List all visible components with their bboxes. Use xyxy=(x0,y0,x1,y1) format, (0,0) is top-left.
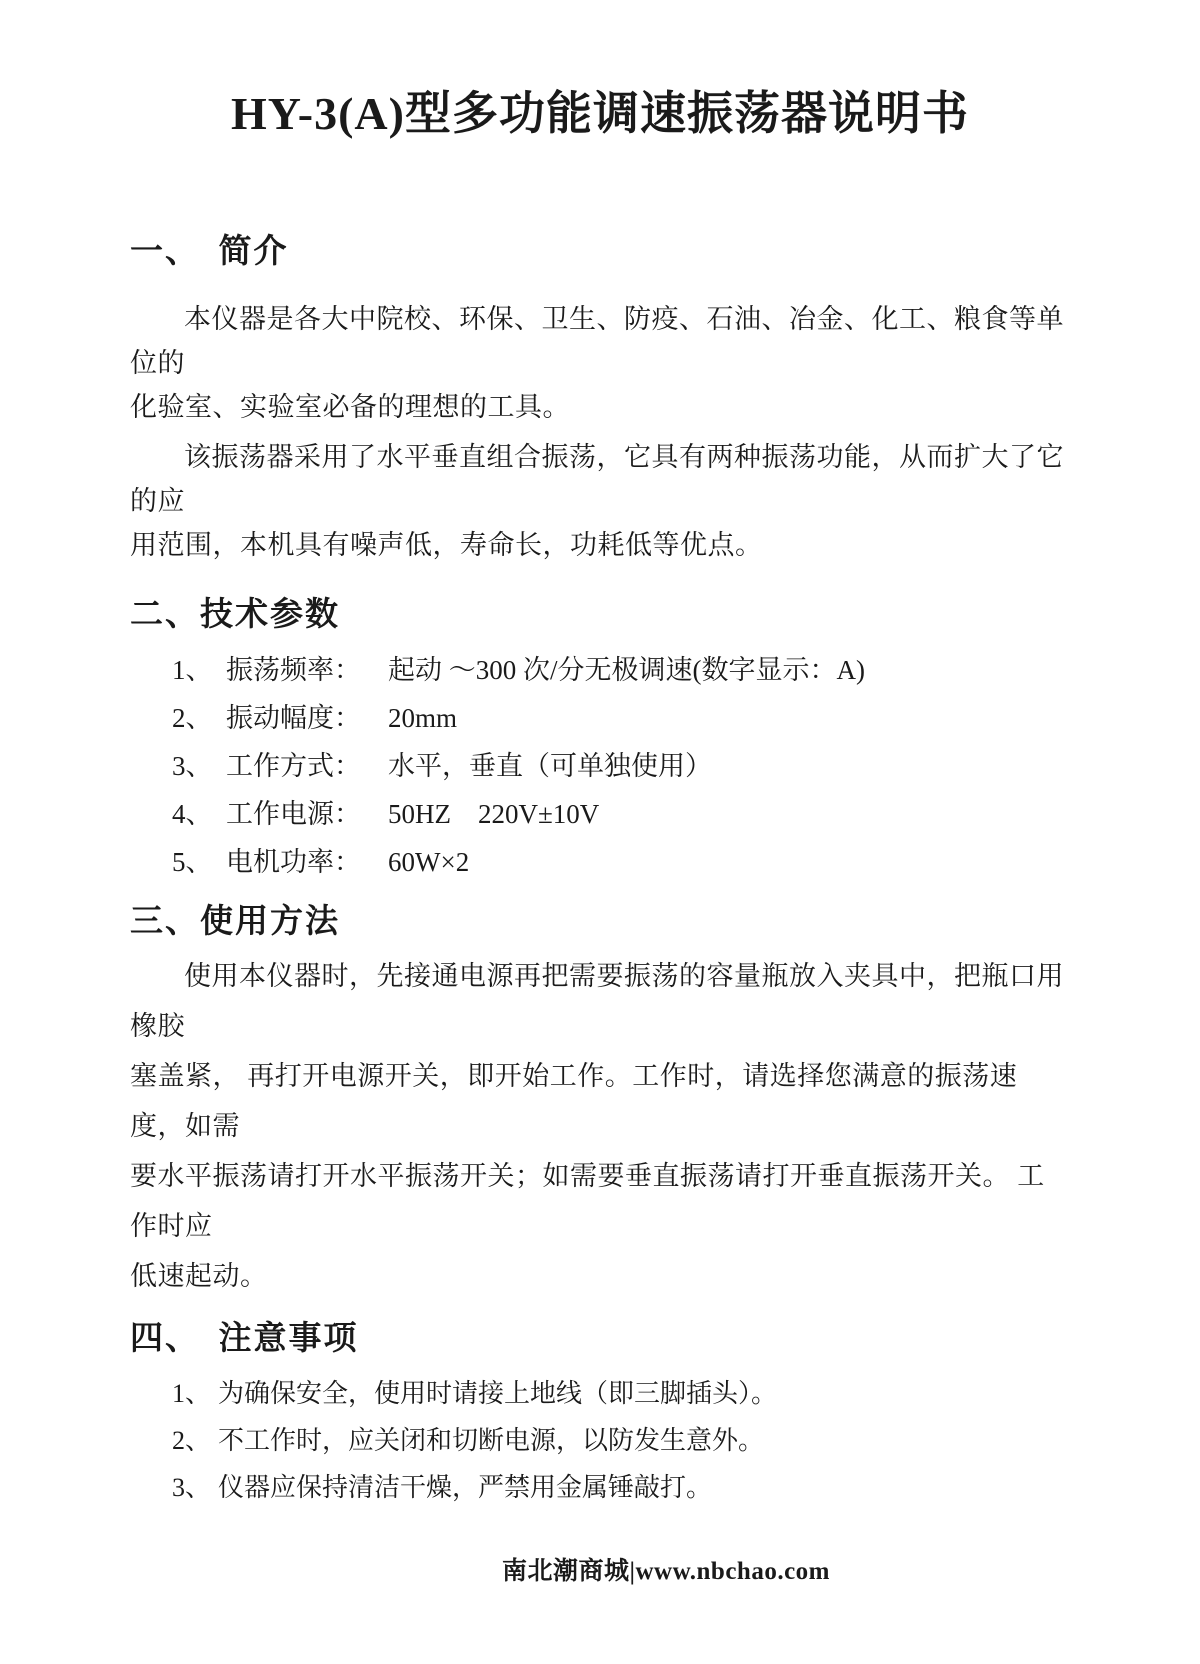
spec-item-number: 2、 xyxy=(172,694,226,742)
spec-item-number: 3、 xyxy=(172,742,226,790)
spec-item-label: 工作方式： xyxy=(226,742,388,790)
note-item: 2、 不工作时，应关闭和切断电源，以防发生意外。 xyxy=(130,1417,1070,1464)
footer-watermark: 南北潮商城|www.nbchao.com xyxy=(196,1555,1136,1588)
note-item-number: 1、 xyxy=(172,1370,218,1417)
paragraph-line: 要水平振荡请打开水平振荡开关；如需要垂直振荡请打开垂直振荡开关。 工作时应 xyxy=(130,1151,1070,1251)
section-specs-heading: 二、技术参数 xyxy=(130,593,1070,634)
note-item-text: 为确保安全，使用时请接上地线（即三脚插头）。 xyxy=(218,1370,1070,1417)
document-title: HY-3(A)型多功能调速振荡器说明书 xyxy=(130,84,1070,144)
section-notes: 四、 注意事项 1、 为确保安全，使用时请接上地线（即三脚插头）。 2、 不工作… xyxy=(130,1317,1070,1511)
section-usage-heading: 三、使用方法 xyxy=(130,900,1070,941)
section-specs: 二、技术参数 1、 振荡频率： 起动 ～300 次/分无极调速(数字显示：A) … xyxy=(130,593,1070,886)
note-item-number: 3、 xyxy=(172,1464,218,1511)
note-item-text: 仪器应保持清洁干燥，严禁用金属锤敲打。 xyxy=(218,1464,1070,1511)
note-list: 1、 为确保安全，使用时请接上地线（即三脚插头）。 2、 不工作时，应关闭和切断… xyxy=(130,1370,1070,1511)
paragraph-line: 用范围，本机具有噪声低，寿命长，功耗低等优点。 xyxy=(130,523,1070,567)
section-notes-heading: 四、 注意事项 xyxy=(130,1317,1070,1358)
spec-item: 3、 工作方式： 水平，垂直（可单独使用） xyxy=(130,742,1070,790)
paragraph-line: 本仪器是各大中院校、环保、卫生、防疫、石油、冶金、化工、粮食等单位的 xyxy=(130,297,1070,385)
spec-item: 5、 电机功率： 60W×2 xyxy=(130,838,1070,886)
spec-item-value: 60W×2 xyxy=(388,838,1070,886)
section-intro: 一、 简介 本仪器是各大中院校、环保、卫生、防疫、石油、冶金、化工、粮食等单位的… xyxy=(130,230,1070,567)
spec-item-number: 4、 xyxy=(172,790,226,838)
intro-paragraph-2: 该振荡器采用了水平垂直组合振荡，它具有两种振荡功能，从而扩大了它的应 用范围，本… xyxy=(130,435,1070,567)
section-intro-heading: 一、 简介 xyxy=(130,230,1070,271)
note-item-number: 2、 xyxy=(172,1417,218,1464)
spec-item-value: 20mm xyxy=(388,694,1070,742)
section-usage: 三、使用方法 使用本仪器时，先接通电源再把需要振荡的容量瓶放入夹具中，把瓶口用橡… xyxy=(130,900,1070,1301)
spec-item-value: 起动 ～300 次/分无极调速(数字显示：A) xyxy=(388,646,1070,694)
spec-item-label: 电机功率： xyxy=(226,838,388,886)
intro-paragraph-1: 本仪器是各大中院校、环保、卫生、防疫、石油、冶金、化工、粮食等单位的 化验室、实… xyxy=(130,297,1070,429)
paragraph-line: 化验室、实验室必备的理想的工具。 xyxy=(130,385,1070,429)
spec-item-number: 1、 xyxy=(172,646,226,694)
document-page: HY-3(A)型多功能调速振荡器说明书 一、 简介 本仪器是各大中院校、环保、卫… xyxy=(0,0,1200,1664)
spec-item-number: 5、 xyxy=(172,838,226,886)
paragraph-line: 使用本仪器时，先接通电源再把需要振荡的容量瓶放入夹具中，把瓶口用橡胶 xyxy=(130,951,1070,1051)
spec-item-value: 水平，垂直（可单独使用） xyxy=(388,742,1070,790)
spec-item-label: 振荡频率： xyxy=(226,646,388,694)
spec-list: 1、 振荡频率： 起动 ～300 次/分无极调速(数字显示：A) 2、 振动幅度… xyxy=(130,646,1070,886)
note-item: 1、 为确保安全，使用时请接上地线（即三脚插头）。 xyxy=(130,1370,1070,1417)
note-item: 3、 仪器应保持清洁干燥，严禁用金属锤敲打。 xyxy=(130,1464,1070,1511)
spec-item-label: 工作电源： xyxy=(226,790,388,838)
spec-item: 2、 振动幅度： 20mm xyxy=(130,694,1070,742)
paragraph-line: 该振荡器采用了水平垂直组合振荡，它具有两种振荡功能，从而扩大了它的应 xyxy=(130,435,1070,523)
spec-item: 1、 振荡频率： 起动 ～300 次/分无极调速(数字显示：A) xyxy=(130,646,1070,694)
intro-paragraphs: 本仪器是各大中院校、环保、卫生、防疫、石油、冶金、化工、粮食等单位的 化验室、实… xyxy=(130,297,1070,567)
paragraph-line: 低速起动。 xyxy=(130,1251,1070,1301)
spec-item: 4、 工作电源： 50HZ 220V±10V xyxy=(130,790,1070,838)
spec-item-label: 振动幅度： xyxy=(226,694,388,742)
note-item-text: 不工作时，应关闭和切断电源，以防发生意外。 xyxy=(218,1417,1070,1464)
usage-paragraph: 使用本仪器时，先接通电源再把需要振荡的容量瓶放入夹具中，把瓶口用橡胶 塞盖紧， … xyxy=(130,951,1070,1301)
spec-item-value: 50HZ 220V±10V xyxy=(388,790,1070,838)
paragraph-line: 塞盖紧， 再打开电源开关，即开始工作。工作时，请选择您满意的振荡速度，如需 xyxy=(130,1051,1070,1151)
